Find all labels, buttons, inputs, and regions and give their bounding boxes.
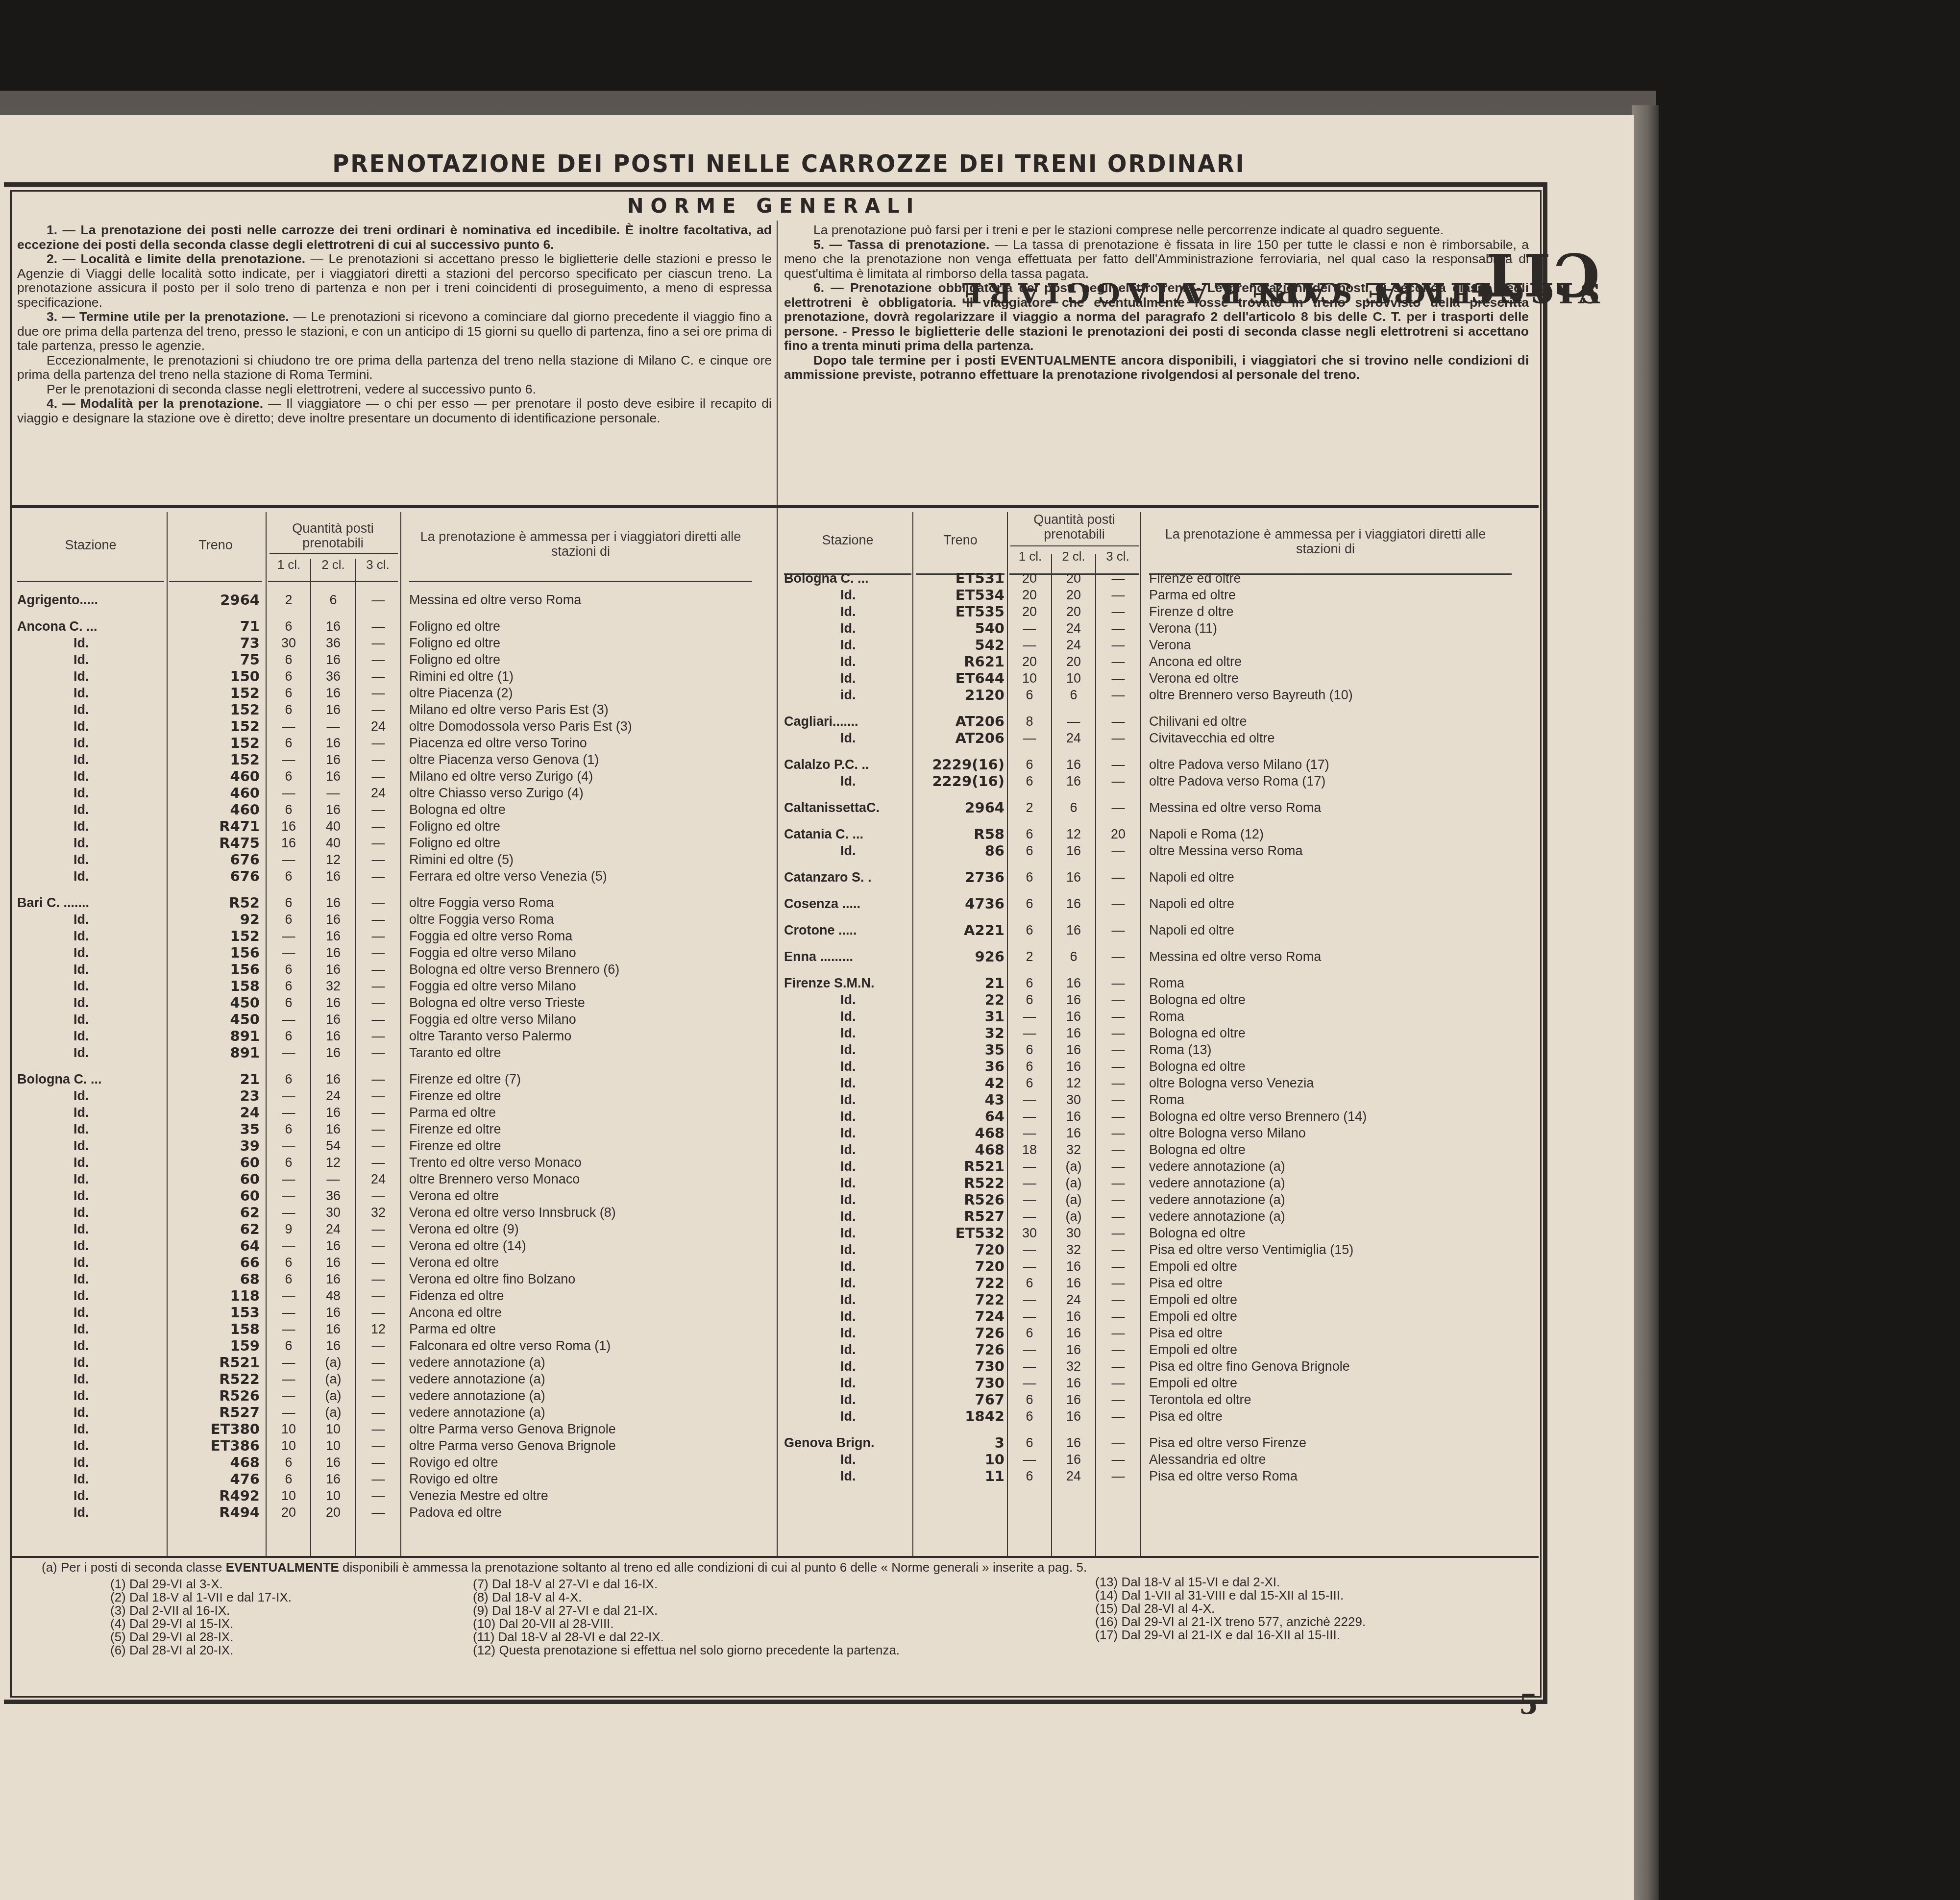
- header-cl2: 2 cl.: [1052, 549, 1095, 564]
- destination-cell: Milano ed oltre verso Zurigo (4): [409, 768, 593, 785]
- footnote-item: (1) Dal 29-VI al 3-X.: [110, 1578, 292, 1591]
- class3-seats-cell: —: [1096, 922, 1140, 938]
- class2-seats-cell: 48: [311, 1287, 355, 1304]
- reservation-table-left: Stazione Treno Quantità posti prenotabil…: [17, 512, 757, 1521]
- destination-cell: Messina ed oltre verso Roma: [1149, 799, 1321, 816]
- destination-cell: vedere annotazione (a): [409, 1387, 545, 1404]
- footnote-a-text: (a) Per i posti di seconda classe: [42, 1560, 226, 1575]
- destination-cell: Roma: [1149, 975, 1184, 991]
- destination-cell: Foggia ed oltre verso Milano: [409, 944, 576, 961]
- header-ammessa: La prenotazione è ammessa per i viaggiat…: [409, 529, 752, 559]
- class3-seats-cell: —: [356, 911, 400, 928]
- class2-seats-cell: 16: [1052, 1041, 1095, 1058]
- table-row: Id.ET5352020—Firenze d oltre: [784, 603, 1529, 620]
- table-row: Id.10—16—Alessandria ed oltre: [784, 1451, 1529, 1468]
- table-row: Id.540—24—Verona (11): [784, 620, 1529, 637]
- table-row: Id.R522—(a)—vedere annotazione (a): [17, 1371, 757, 1387]
- table-row: Id.720—16—Empoli ed oltre: [784, 1258, 1529, 1275]
- class3-seats-cell: 32: [356, 1204, 400, 1221]
- table-row: Catanzaro S. .2736616—Napoli ed oltre: [784, 869, 1529, 886]
- class1-seats-cell: 6: [1008, 1075, 1051, 1091]
- class2-seats-cell: 24: [1052, 1291, 1095, 1308]
- table-row: Bologna C. ...21616—Firenze ed oltre (7): [17, 1071, 757, 1087]
- class1-seats-cell: —: [267, 1011, 310, 1028]
- train-cell: 60: [169, 1187, 260, 1204]
- destination-cell: Roma: [1149, 1091, 1184, 1108]
- table-row: Id.726—16—Empoli ed oltre: [784, 1341, 1529, 1358]
- class2-seats-cell: 16: [311, 651, 355, 668]
- class2-seats-cell: 16: [1052, 1391, 1095, 1408]
- destination-cell: Firenze ed oltre: [409, 1137, 501, 1154]
- destination-cell: Firenze ed oltre: [409, 1087, 501, 1104]
- norme-paragraph: 1. — La prenotazione dei posti nelle car…: [17, 223, 772, 252]
- table-row: Id.4681832—Bologna ed oltre: [784, 1141, 1529, 1158]
- destination-cell: Napoli ed oltre: [1149, 922, 1234, 938]
- train-cell: 75: [169, 651, 260, 668]
- train-cell: 722: [914, 1275, 1004, 1291]
- class2-seats-cell: 20: [1052, 603, 1095, 620]
- footnotes-col-1: (1) Dal 29-VI al 3-X.(2) Dal 18-V al 1-V…: [110, 1578, 292, 1657]
- train-cell: 767: [914, 1391, 1004, 1408]
- class2-seats-cell: 16: [311, 685, 355, 701]
- train-cell: 152: [169, 735, 260, 751]
- table-row: Id.450—16—Foggia ed oltre verso Milano: [17, 1011, 757, 1028]
- class2-seats-cell: 12: [1052, 1075, 1095, 1091]
- destination-cell: Falconara ed oltre verso Roma (1): [409, 1337, 611, 1354]
- class1-seats-cell: —: [1008, 1191, 1051, 1208]
- class3-seats-cell: —: [1096, 1434, 1140, 1451]
- destination-cell: Foligno ed oltre: [409, 818, 500, 835]
- class2-seats-cell: 16: [311, 618, 355, 635]
- table-row: Id.31—16—Roma: [784, 1008, 1529, 1025]
- train-cell: 730: [914, 1375, 1004, 1391]
- table-row: id.212066—oltre Brennero verso Bayreuth …: [784, 687, 1529, 703]
- class3-seats-cell: —: [1096, 603, 1140, 620]
- table-row: Id.R521—(a)—vedere annotazione (a): [784, 1158, 1529, 1175]
- header-underline: [1010, 545, 1139, 546]
- table-row: Id.60—36—Verona ed oltre: [17, 1187, 757, 1204]
- footnote-item: (5) Dal 29-VI al 28-IX.: [110, 1630, 292, 1644]
- class3-seats-cell: —: [1096, 1158, 1140, 1175]
- class1-seats-cell: —: [1008, 620, 1051, 637]
- train-cell: ET386: [169, 1437, 260, 1454]
- class1-seats-cell: 6: [267, 735, 310, 751]
- table-row: Id.724—16—Empoli ed oltre: [784, 1308, 1529, 1325]
- class2-seats-cell: 16: [311, 1337, 355, 1354]
- destination-cell: oltre Parma verso Genova Brignole: [409, 1437, 616, 1454]
- destination-cell: oltre Padova verso Roma (17): [1149, 773, 1325, 790]
- train-cell: 676: [169, 868, 260, 885]
- train-cell: 92: [169, 911, 260, 928]
- table-row: Id.676—12—Rimini ed oltre (5): [17, 851, 757, 868]
- station-cell: Catanzaro S. .: [784, 869, 933, 886]
- class2-seats-cell: 10: [311, 1421, 355, 1437]
- class2-seats-cell: 30: [1052, 1225, 1095, 1241]
- destination-cell: Venezia Mestre ed oltre: [409, 1487, 548, 1504]
- class1-seats-cell: 6: [267, 685, 310, 701]
- train-cell: 722: [914, 1291, 1004, 1308]
- table-row: Id.152616—Milano ed oltre verso Paris Es…: [17, 701, 757, 718]
- train-cell: R527: [914, 1208, 1004, 1225]
- class3-seats-cell: 20: [1096, 826, 1140, 842]
- class1-seats-cell: 6: [1008, 1434, 1051, 1451]
- train-cell: ET380: [169, 1421, 260, 1437]
- header-stazione: Stazione: [17, 538, 164, 552]
- class3-seats-cell: 24: [356, 718, 400, 735]
- class2-seats-cell: 16: [311, 1304, 355, 1321]
- class2-seats-cell: 16: [311, 1271, 355, 1287]
- class1-seats-cell: 2: [267, 592, 310, 608]
- class2-seats-cell: —: [1052, 713, 1095, 730]
- destination-cell: Messina ed oltre verso Roma: [409, 592, 581, 608]
- header-cl1: 1 cl.: [1009, 549, 1051, 564]
- class2-seats-cell: 40: [311, 835, 355, 851]
- class2-seats-cell: 16: [311, 1471, 355, 1487]
- class2-seats-cell: (a): [311, 1387, 355, 1404]
- class3-seats-cell: —: [1096, 1041, 1140, 1058]
- class2-seats-cell: 16: [1052, 756, 1095, 773]
- footnotes-col-3: (13) Dal 18-V al 15-VI e dal 2-XI.(14) D…: [1095, 1576, 1366, 1642]
- class1-seats-cell: 2: [1008, 799, 1051, 816]
- table-row: Id.450616—Bologna ed oltre verso Trieste: [17, 994, 757, 1011]
- table-row: Id.460——24oltre Chiasso verso Zurigo (4): [17, 785, 757, 801]
- section-rule: [10, 505, 1539, 508]
- table-row: Id.722616—Pisa ed oltre: [784, 1275, 1529, 1291]
- destination-cell: Napoli ed oltre: [1149, 895, 1234, 912]
- class3-seats-cell: —: [356, 1271, 400, 1287]
- class2-seats-cell: 20: [1052, 587, 1095, 603]
- footnote-item: (7) Dal 18-V al 27-VI e dal 16-IX.: [473, 1578, 900, 1591]
- class2-seats-cell: 16: [311, 1028, 355, 1044]
- class2-seats-cell: 30: [311, 1204, 355, 1221]
- train-cell: R492: [169, 1487, 260, 1504]
- class2-seats-cell: 16: [1052, 1451, 1095, 1468]
- class3-seats-cell: —: [356, 1421, 400, 1437]
- class3-seats-cell: —: [1096, 991, 1140, 1008]
- class3-seats-cell: —: [1096, 1308, 1140, 1325]
- destination-cell: vedere annotazione (a): [409, 1354, 545, 1371]
- class1-seats-cell: —: [267, 1387, 310, 1404]
- train-cell: ET532: [914, 1225, 1004, 1241]
- class1-seats-cell: —: [1008, 1341, 1051, 1358]
- class2-seats-cell: (a): [1052, 1158, 1095, 1175]
- table-row: Id.542—24—Verona: [784, 637, 1529, 653]
- class2-seats-cell: 30: [1052, 1091, 1095, 1108]
- destination-cell: Piacenza ed oltre verso Torino: [409, 735, 587, 751]
- class2-seats-cell: 6: [1052, 948, 1095, 965]
- class3-seats-cell: 24: [356, 785, 400, 801]
- destination-cell: oltre Piacenza (2): [409, 685, 513, 701]
- class1-seats-cell: —: [267, 1287, 310, 1304]
- class1-seats-cell: —: [1008, 1358, 1051, 1375]
- train-cell: 21: [169, 1071, 260, 1087]
- table-row: Id.R522—(a)—vedere annotazione (a): [784, 1175, 1529, 1191]
- class1-seats-cell: —: [1008, 1291, 1051, 1308]
- footnote-rule: [10, 1556, 1539, 1558]
- footnote-item: (16) Dal 29-VI al 21-IX treno 577, anzic…: [1095, 1615, 1366, 1629]
- class1-seats-cell: 6: [1008, 1041, 1051, 1058]
- class3-seats-cell: —: [1096, 1391, 1140, 1408]
- class3-seats-cell: —: [1096, 1358, 1140, 1375]
- train-cell: 468: [169, 1454, 260, 1471]
- train-cell: 10: [914, 1451, 1004, 1468]
- footnote-a-text: disponibili è ammessa la prenotazione so…: [339, 1560, 1087, 1575]
- destination-cell: Fidenza ed oltre: [409, 1287, 504, 1304]
- table-row: Id.R521—(a)—vedere annotazione (a): [17, 1354, 757, 1371]
- destination-cell: Pisa ed oltre verso Firenze: [1149, 1434, 1306, 1451]
- class2-seats-cell: 16: [1052, 869, 1095, 886]
- class2-seats-cell: 32: [311, 978, 355, 994]
- table-row: Bologna C. ...ET5312020—Firenze ed oltre: [784, 570, 1529, 587]
- class2-seats-cell: 16: [311, 961, 355, 978]
- class1-seats-cell: 20: [1008, 603, 1051, 620]
- destination-cell: oltre Bologna verso Milano: [1149, 1125, 1306, 1141]
- class3-seats-cell: —: [1096, 895, 1140, 912]
- class3-seats-cell: —: [1096, 1225, 1140, 1241]
- class1-seats-cell: 6: [267, 768, 310, 785]
- page-title: PRENOTAZIONE DEI POSTI NELLE CARROZZE DE…: [311, 149, 1268, 178]
- destination-cell: Foligno ed oltre: [409, 635, 500, 651]
- class3-seats-cell: —: [356, 768, 400, 785]
- destination-cell: Parma ed oltre: [409, 1321, 496, 1337]
- side-slogan: VIAGGIARE CON LA CIT SIGNIFICA SAPER VIA…: [1556, 265, 1556, 1637]
- destination-cell: Pisa ed oltre: [1149, 1275, 1223, 1291]
- train-cell: 153: [169, 1304, 260, 1321]
- class1-seats-cell: 6: [1008, 1325, 1051, 1341]
- class3-seats-cell: —: [1096, 1375, 1140, 1391]
- header-cl2: 2 cl.: [311, 557, 355, 572]
- class2-seats-cell: 16: [311, 944, 355, 961]
- class1-seats-cell: —: [1008, 1208, 1051, 1225]
- norme-paragraph: Eccezionalmente, le prenotazioni si chiu…: [17, 353, 772, 382]
- class2-seats-cell: 32: [1052, 1241, 1095, 1258]
- train-cell: 21: [914, 975, 1004, 991]
- table-row: Id.R6212020—Ancona ed oltre: [784, 653, 1529, 670]
- footnote-item: (2) Dal 18-V al 1-VII e dal 17-IX.: [110, 1591, 292, 1604]
- class2-seats-cell: 16: [311, 801, 355, 818]
- train-cell: 66: [169, 1254, 260, 1271]
- class3-seats-cell: —: [356, 1028, 400, 1044]
- table-row: Id.ET6441010—Verona ed oltre: [784, 670, 1529, 687]
- train-cell: 720: [914, 1241, 1004, 1258]
- train-cell: R522: [169, 1371, 260, 1387]
- table-row: Crotone .....A221616—Napoli ed oltre: [784, 922, 1529, 938]
- train-cell: R494: [169, 1504, 260, 1521]
- class2-seats-cell: —: [311, 785, 355, 801]
- footnote-item: (4) Dal 29-VI al 15-IX.: [110, 1617, 292, 1630]
- destination-cell: Napoli e Roma (12): [1149, 826, 1264, 842]
- train-cell: 64: [914, 1108, 1004, 1125]
- class2-seats-cell: 24: [1052, 620, 1095, 637]
- class2-seats-cell: 6: [1052, 687, 1095, 703]
- destination-cell: Foggia ed oltre verso Milano: [409, 1011, 576, 1028]
- class1-seats-cell: 6: [1008, 773, 1051, 790]
- train-cell: 2229(16): [914, 756, 1004, 773]
- destination-cell: Bologna ed oltre: [1149, 1058, 1246, 1075]
- destination-cell: oltre Chiasso verso Zurigo (4): [409, 785, 584, 801]
- table-row: Catania C. ...R5861220Napoli e Roma (12): [784, 826, 1529, 842]
- class3-seats-cell: —: [356, 685, 400, 701]
- train-cell: 891: [169, 1028, 260, 1044]
- destination-cell: Bologna ed oltre verso Trieste: [409, 994, 585, 1011]
- destination-cell: Firenze ed oltre: [1149, 570, 1241, 587]
- destination-cell: Roma (13): [1149, 1041, 1212, 1058]
- class1-seats-cell: 6: [267, 668, 310, 685]
- class2-seats-cell: 20: [1052, 570, 1095, 587]
- train-cell: 23: [169, 1087, 260, 1104]
- norme-paragraph-body: Per le prenotazioni di seconda classe ne…: [47, 382, 536, 396]
- train-cell: R526: [914, 1191, 1004, 1208]
- class1-seats-cell: 6: [267, 801, 310, 818]
- table-row: Id.153—16—Ancona ed oltre: [17, 1304, 757, 1321]
- class1-seats-cell: —: [1008, 1258, 1051, 1275]
- class3-seats-cell: —: [1096, 948, 1140, 965]
- class1-seats-cell: 6: [1008, 687, 1051, 703]
- table-row: Id.158—1612Parma ed oltre: [17, 1321, 757, 1337]
- class3-seats-cell: —: [1096, 1275, 1140, 1291]
- class3-seats-cell: 24: [356, 1171, 400, 1187]
- destination-cell: Terontola ed oltre: [1149, 1391, 1251, 1408]
- class2-seats-cell: 16: [311, 1071, 355, 1087]
- table-row: Id.92616—oltre Foggia verso Roma: [17, 911, 757, 928]
- class3-seats-cell: —: [1096, 869, 1140, 886]
- table-row: Firenze S.M.N.21616—Roma: [784, 975, 1529, 991]
- train-cell: 35: [914, 1041, 1004, 1058]
- station-cell: Genova Brign.: [784, 1434, 933, 1451]
- destination-cell: Ancona ed oltre: [1149, 653, 1242, 670]
- class1-seats-cell: —: [1008, 1451, 1051, 1468]
- table-row: Id.66616—Verona ed oltre: [17, 1254, 757, 1271]
- station-cell: Agrigento.....: [17, 592, 167, 608]
- destination-cell: Empoli ed oltre: [1149, 1291, 1237, 1308]
- class3-seats-cell: —: [356, 751, 400, 768]
- table-row: Id.32—16—Bologna ed oltre: [784, 1025, 1529, 1041]
- destination-cell: Parma ed oltre: [1149, 587, 1236, 603]
- class1-seats-cell: 6: [267, 1471, 310, 1487]
- destination-cell: Foggia ed oltre verso Milano: [409, 978, 576, 994]
- class2-seats-cell: (a): [311, 1404, 355, 1421]
- class1-seats-cell: —: [267, 1171, 310, 1187]
- class3-seats-cell: —: [1096, 1291, 1140, 1308]
- norme-paragraph: Per le prenotazioni di seconda classe ne…: [17, 382, 772, 397]
- footnote-item: (17) Dal 29-VI al 21-IX e dal 16-XII al …: [1095, 1629, 1366, 1642]
- train-cell: 158: [169, 978, 260, 994]
- station-cell: Calalzo P.C. ..: [784, 756, 933, 773]
- destination-cell: Foligno ed oltre: [409, 835, 500, 851]
- class3-seats-cell: —: [1096, 1125, 1140, 1141]
- station-cell: Bologna C. ...: [784, 570, 933, 587]
- table-row: Id.118—48—Fidenza ed oltre: [17, 1287, 757, 1304]
- norme-paragraph-body: Eccezionalmente, le prenotazioni si chiu…: [17, 353, 772, 382]
- class2-seats-cell: —: [311, 718, 355, 735]
- class1-seats-cell: —: [1008, 1158, 1051, 1175]
- class3-seats-cell: —: [356, 1487, 400, 1504]
- class1-seats-cell: —: [267, 1044, 310, 1061]
- destination-cell: Rimini ed oltre (5): [409, 851, 514, 868]
- table-row: Id.ET3861010—oltre Parma verso Genova Br…: [17, 1437, 757, 1454]
- train-cell: 152: [169, 718, 260, 735]
- class3-seats-cell: —: [1096, 1075, 1140, 1091]
- class2-seats-cell: 10: [311, 1437, 355, 1454]
- destination-cell: vedere annotazione (a): [409, 1404, 545, 1421]
- destination-cell: Chilivani ed oltre: [1149, 713, 1247, 730]
- table-row: Id.62924—Verona ed oltre (9): [17, 1221, 757, 1237]
- class1-seats-cell: —: [1008, 1125, 1051, 1141]
- class3-seats-cell: —: [356, 1337, 400, 1354]
- class2-seats-cell: —: [311, 1171, 355, 1187]
- class2-seats-cell: 24: [1052, 1468, 1095, 1484]
- table-row: Id.39—54—Firenze ed oltre: [17, 1137, 757, 1154]
- destination-cell: Civitavecchia ed oltre: [1149, 730, 1275, 746]
- train-cell: R526: [169, 1387, 260, 1404]
- train-cell: AT206: [914, 730, 1004, 746]
- class1-seats-cell: —: [267, 751, 310, 768]
- header-treno: Treno: [916, 533, 1004, 547]
- class1-seats-cell: 6: [1008, 1058, 1051, 1075]
- destination-cell: Verona: [1149, 637, 1191, 653]
- class1-seats-cell: —: [267, 1204, 310, 1221]
- class3-seats-cell: —: [356, 835, 400, 851]
- class2-seats-cell: 16: [1052, 773, 1095, 790]
- class2-seats-cell: 24: [1052, 730, 1095, 746]
- destination-cell: Empoli ed oltre: [1149, 1375, 1237, 1391]
- train-cell: 4736: [914, 895, 1004, 912]
- class2-seats-cell: 16: [1052, 1408, 1095, 1425]
- class3-seats-cell: —: [1096, 1451, 1140, 1468]
- train-cell: 1842: [914, 1408, 1004, 1425]
- table-row: Id.476616—Rovigo ed oltre: [17, 1471, 757, 1487]
- norme-left-column: 1. — La prenotazione dei posti nelle car…: [17, 223, 772, 425]
- class1-seats-cell: 6: [267, 1454, 310, 1471]
- class3-seats-cell: —: [356, 994, 400, 1011]
- train-cell: 24: [169, 1104, 260, 1121]
- destination-cell: oltre Messina verso Roma: [1149, 842, 1303, 859]
- table-row: Id.22616—Bologna ed oltre: [784, 991, 1529, 1008]
- class2-seats-cell: 16: [311, 1237, 355, 1254]
- destination-cell: oltre Bologna verso Venezia: [1149, 1075, 1314, 1091]
- destination-cell: vedere annotazione (a): [409, 1371, 545, 1387]
- class3-seats-cell: —: [1096, 1468, 1140, 1484]
- destination-cell: Trento ed oltre verso Monaco: [409, 1154, 582, 1171]
- class1-seats-cell: —: [1008, 1025, 1051, 1041]
- class1-seats-cell: —: [267, 1304, 310, 1321]
- class1-seats-cell: 10: [267, 1487, 310, 1504]
- table-row: Id.60612—Trento ed oltre verso Monaco: [17, 1154, 757, 1171]
- class1-seats-cell: 6: [267, 1121, 310, 1137]
- destination-cell: Ferrara ed oltre verso Venezia (5): [409, 868, 607, 885]
- train-cell: 450: [169, 994, 260, 1011]
- footnote-item: (9) Dal 18-V al 27-VI e dal 21-IX.: [473, 1604, 900, 1617]
- destination-cell: Bologna ed oltre: [1149, 1225, 1246, 1241]
- destination-cell: Bologna ed oltre: [1149, 1025, 1246, 1041]
- class1-seats-cell: —: [1008, 1175, 1051, 1191]
- destination-cell: Empoli ed oltre: [1149, 1341, 1237, 1358]
- class2-seats-cell: 10: [1052, 670, 1095, 687]
- class2-seats-cell: 16: [1052, 1325, 1095, 1341]
- class1-seats-cell: 20: [1008, 587, 1051, 603]
- destination-cell: Verona ed oltre verso Innsbruck (8): [409, 1204, 616, 1221]
- class3-seats-cell: —: [1096, 1008, 1140, 1025]
- class2-seats-cell: 24: [1052, 637, 1095, 653]
- table-row: Id.152——24oltre Domodossola verso Paris …: [17, 718, 757, 735]
- class2-seats-cell: 16: [1052, 1258, 1095, 1275]
- class3-seats-cell: —: [1096, 1108, 1140, 1125]
- header-quantita: Quantità posti prenotabili: [1009, 512, 1139, 542]
- class2-seats-cell: 10: [311, 1487, 355, 1504]
- class1-seats-cell: 10: [267, 1437, 310, 1454]
- class3-seats-cell: —: [1096, 1208, 1140, 1225]
- class1-seats-cell: 6: [267, 961, 310, 978]
